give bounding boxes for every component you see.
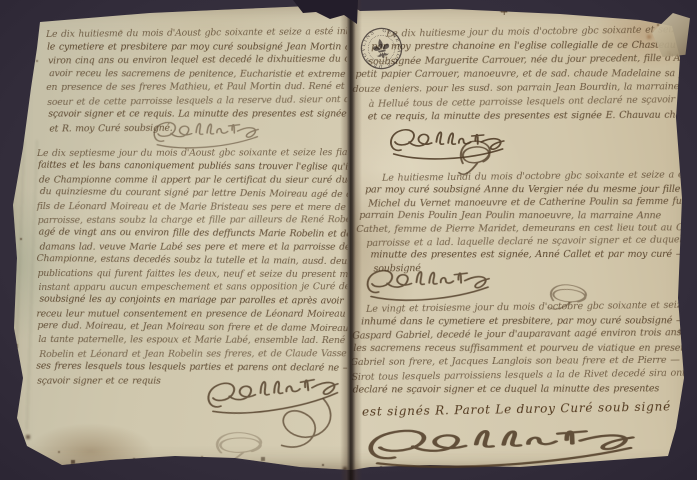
signature-flourish — [357, 261, 498, 308]
manuscript-double-page-scan: Le dix huitiesme du mois d'Aoust gbc soi… — [0, 0, 697, 480]
left-page-entry-2: Le dix septiesme jour du mois d'Aoust gb… — [36, 146, 348, 388]
right-page-entry-3: Le vingt et troisiesme jour du mois d'oc… — [350, 300, 687, 397]
manuscript-line: soubsigné les ay conjoints en mariage pa… — [39, 293, 347, 308]
stamp-text: GENERALITE DE MOVLINS — [357, 24, 406, 73]
manuscript-line: les sacremens receus suffisamment et pou… — [353, 341, 686, 355]
manuscript-line: viron cinq ans ou environ lequel est dec… — [48, 52, 347, 67]
manuscript-line: la tante paternelle, les espoux et Marie… — [38, 333, 347, 347]
faint-flourish — [203, 426, 276, 471]
manuscript-line: agé de vingt ans ou environ fille des de… — [39, 226, 348, 241]
manuscript-line: Le dix huitiesme du mois d'Aoust gbc soi… — [46, 25, 347, 41]
ink-bleedthrough — [4, 140, 38, 430]
signature-flourish — [145, 114, 266, 154]
manuscript-line: avoir receu les sacremens de penitence, … — [49, 67, 347, 81]
manuscript-line: et ce requis, la minutte des presentes e… — [355, 109, 687, 125]
svg-text:GENERALITE DE MOVLINS: GENERALITE DE MOVLINS — [357, 24, 406, 73]
signature-paraph-knot — [450, 134, 500, 183]
manuscript-line: declaré ne sçavoir signer et ce duquel l… — [353, 382, 687, 397]
signature-descender-flourish — [262, 389, 350, 462]
right-page-entry-2: Le huitiesme lundi du mois d'octobre gbc… — [356, 169, 687, 275]
manuscript-line: fils de Léonard Moireau et de Marie Bris… — [37, 200, 348, 214]
pen-mark: + — [500, 7, 508, 18]
manuscript-line: publications qui furent faittes les deux… — [38, 267, 348, 281]
fleur-de-lis-icon — [372, 37, 392, 60]
paper-stain-specks — [0, 0, 2, 2]
manuscript-line: le cymetiere et presbitere par moy curé … — [47, 40, 347, 54]
binding-gutter — [340, 0, 362, 480]
paper-stain-specks — [0, 0, 2, 2]
manuscript-line: en presence de ses freres Mathieu, et Pa… — [46, 80, 347, 95]
manuscript-line: parrain Denis Poulin Jean Poulin manoeuv… — [359, 209, 686, 222]
large-bottom-signature-flourish — [349, 415, 653, 478]
manuscript-line: faittes et les bans canoniquement publié… — [38, 159, 348, 174]
